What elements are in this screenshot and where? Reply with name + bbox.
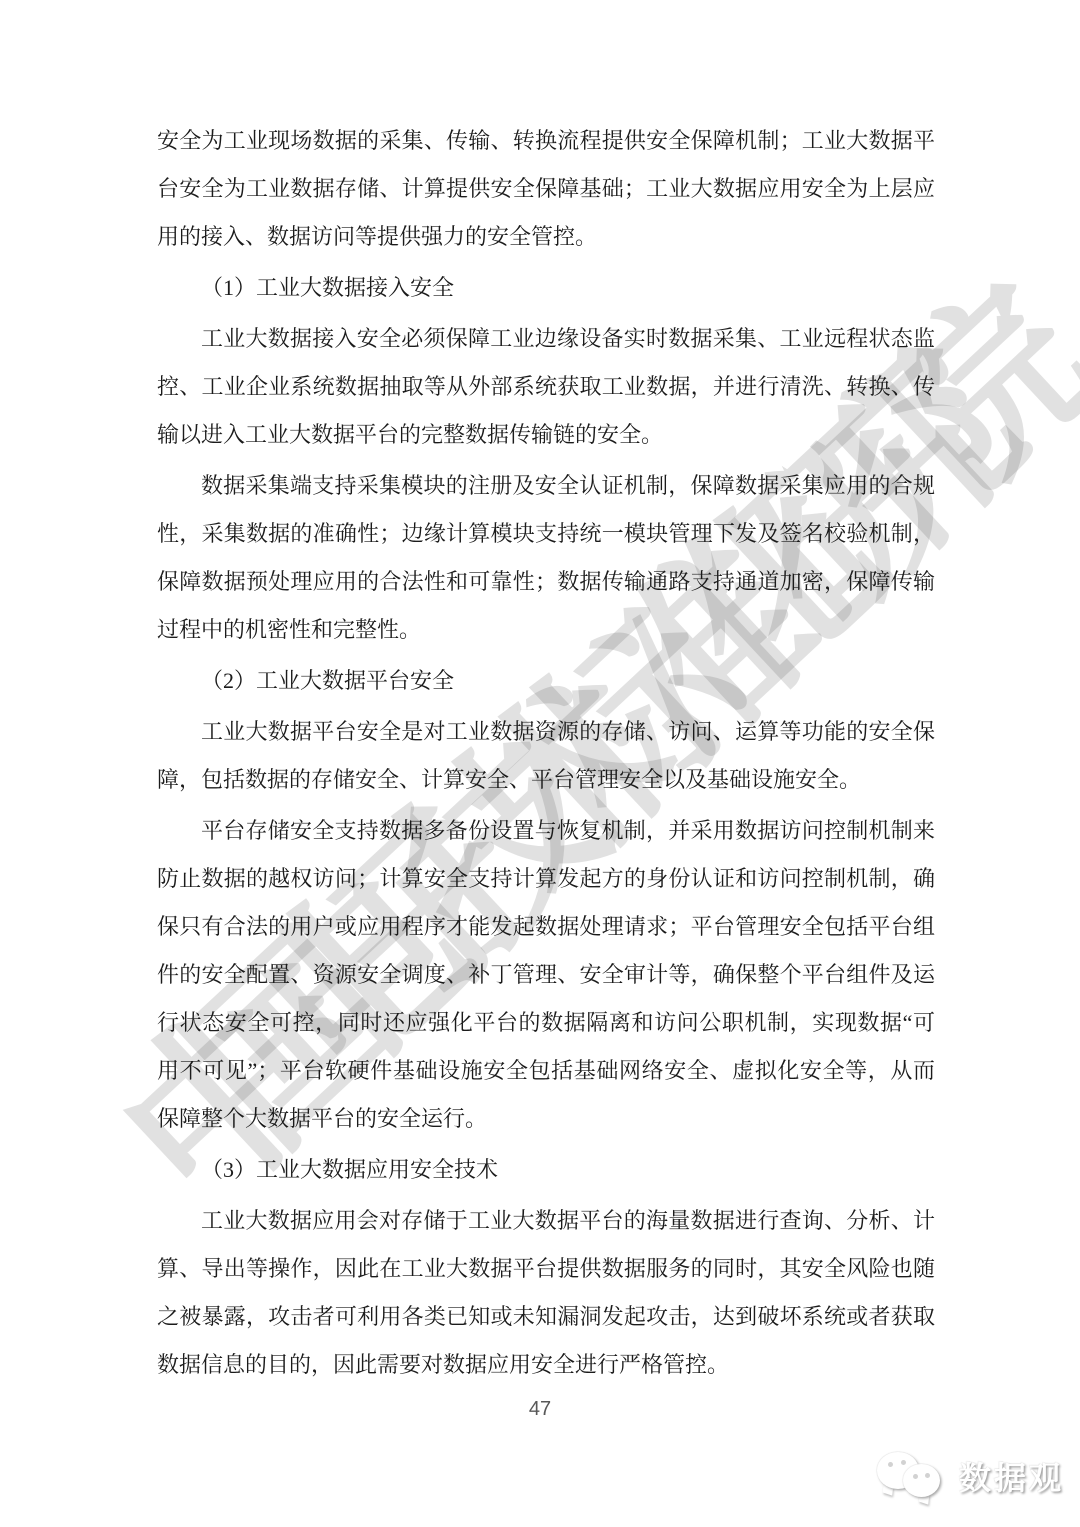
section-heading: （2）工业大数据平台安全 <box>157 657 935 705</box>
page-number: 47 <box>0 1398 1080 1421</box>
brand-logo: 数据观 <box>875 1448 1064 1504</box>
bubble-eye <box>888 1462 893 1467</box>
bubble-eye <box>901 1460 906 1465</box>
paragraph: 平台存储安全支持数据多备份设置与恢复机制，并采用数据访问控制机制来防止数据的越权… <box>157 807 935 1143</box>
bubble-eye <box>913 1474 918 1479</box>
chat-bubble-small <box>903 1464 940 1497</box>
section-heading: （1）工业大数据接入安全 <box>157 264 935 312</box>
paragraph: 数据采集端支持采集模块的注册及安全认证机制，保障数据采集应用的合规性，采集数据的… <box>157 462 935 654</box>
wechat-bubbles-icon <box>875 1448 949 1504</box>
document-body: 安全为工业现场数据的采集、传输、转换流程提供安全保障机制；工业大数据平台安全为工… <box>157 117 935 1392</box>
paragraph: 工业大数据接入安全必须保障工业边缘设备实时数据采集、工业远程状态监控、工业企业系… <box>157 315 935 459</box>
section-heading: （3）工业大数据应用安全技术 <box>157 1146 935 1194</box>
document-page: 中国电子技术标准化研究院 安全为工业现场数据的采集、传输、转换流程提供安全保障机… <box>0 0 1080 1527</box>
brand-name: 数据观 <box>959 1453 1064 1499</box>
paragraph: 工业大数据平台安全是对工业数据资源的存储、访问、运算等功能的安全保障，包括数据的… <box>157 708 935 804</box>
paragraph: 工业大数据应用会对存储于工业大数据平台的海量数据进行查询、分析、计算、导出等操作… <box>157 1197 935 1389</box>
bubble-eye <box>925 1473 930 1478</box>
paragraph: 安全为工业现场数据的采集、传输、转换流程提供安全保障机制；工业大数据平台安全为工… <box>157 117 935 261</box>
